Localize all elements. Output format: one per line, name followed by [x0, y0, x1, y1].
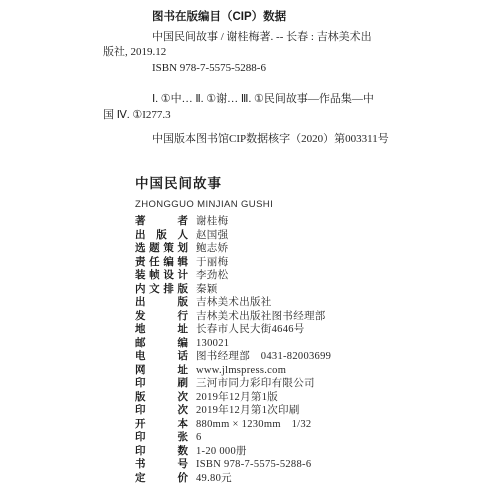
- colophon-label: 装帧设计: [135, 269, 188, 283]
- colophon-row-isbn: 书号 ISBN 978-7-5575-5288-6: [135, 458, 465, 472]
- cip-classification-line-2: 国 Ⅳ. ①I277.3: [103, 108, 433, 124]
- copyright-page: 图书在版编目（CIP）数据 中国民间故事 / 谢桂梅著. -- 长春 : 吉林美…: [0, 0, 500, 500]
- colophon-row-impression: 印次 2019年12月第1次印刷: [135, 404, 465, 418]
- colophon-row-address: 地址 长春市人民大街4646号: [135, 323, 465, 337]
- colophon-value: 谢桂梅: [196, 215, 228, 229]
- colophon-label: 开本: [135, 418, 188, 432]
- colophon-row-phone: 电话 图书经理部 0431-82003699: [135, 350, 465, 364]
- colophon-label: 内文排版: [135, 283, 188, 297]
- colophon-row-responsible-editor: 责任编辑 于丽梅: [135, 256, 465, 270]
- colophon-value: 880mm × 1230mm 1/32: [196, 418, 311, 432]
- colophon-label: 印刷: [135, 377, 188, 391]
- colophon-label: 责任编辑: [135, 256, 188, 270]
- colophon-value: www.jlmspress.com: [196, 364, 286, 378]
- colophon-label: 地址: [135, 323, 188, 337]
- book-title: 中国民间故事: [135, 172, 273, 192]
- colophon-label: 印数: [135, 445, 188, 459]
- colophon-row-publisher-person: 出版人 赵国强: [135, 229, 465, 243]
- colophon-list: 著者 谢桂梅 出版人 赵国强 选题策划 鲍志娇 责任编辑 于丽梅 装帧设计 李劲…: [135, 215, 465, 485]
- colophon-value: 130021: [196, 337, 229, 351]
- cip-block: 图书在版编目（CIP）数据 中国民间故事 / 谢桂梅著. -- 长春 : 吉林美…: [103, 10, 433, 148]
- colophon-row-postcode: 邮编 130021: [135, 337, 465, 351]
- cip-isbn-line: ISBN 978-7-5575-5288-6: [152, 61, 433, 77]
- colophon-label: 书号: [135, 458, 188, 472]
- colophon-label: 选题策划: [135, 242, 188, 256]
- colophon-value: 6: [196, 431, 202, 445]
- colophon-value: 图书经理部 0431-82003699: [196, 350, 331, 364]
- colophon-value: 鲍志娇: [196, 242, 228, 256]
- colophon-value: 2019年12月第1次印刷: [196, 404, 300, 418]
- colophon-label: 邮编: [135, 337, 188, 351]
- cip-header: 图书在版编目（CIP）数据: [152, 10, 433, 26]
- colophon-row-distribution: 发行 吉林美术出版社图书经理部: [135, 310, 465, 324]
- colophon-value: 赵国强: [196, 229, 228, 243]
- colophon-row-format: 开本 880mm × 1230mm 1/32: [135, 418, 465, 432]
- colophon-row-sheets: 印张 6: [135, 431, 465, 445]
- colophon-row-binding-design: 装帧设计 李劲松: [135, 269, 465, 283]
- colophon-row-author: 著者 谢桂梅: [135, 215, 465, 229]
- colophon-label: 印次: [135, 404, 188, 418]
- colophon-label: 发行: [135, 310, 188, 324]
- colophon-value: 李劲松: [196, 269, 228, 283]
- colophon-label: 出版: [135, 296, 188, 310]
- colophon-value: 长春市人民大街4646号: [196, 323, 305, 337]
- colophon-row-edition: 版次 2019年12月第1版: [135, 391, 465, 405]
- colophon-value: 秦颖: [196, 283, 218, 297]
- colophon-row-printing: 印刷 三河市同力彩印有限公司: [135, 377, 465, 391]
- colophon-row-topic-planning: 选题策划 鲍志娇: [135, 242, 465, 256]
- book-title-pinyin: ZHONGGUO MINJIAN GUSHI: [135, 199, 273, 210]
- colophon-row-publisher: 出版 吉林美术出版社: [135, 296, 465, 310]
- colophon-row-website: 网址 www.jlmspress.com: [135, 364, 465, 378]
- cip-classification-line-1: Ⅰ. ①中… Ⅱ. ①谢… Ⅲ. ①民间故事—作品集—中: [152, 92, 433, 108]
- colophon-value: ISBN 978-7-5575-5288-6: [196, 458, 311, 472]
- colophon-label: 版次: [135, 391, 188, 405]
- colophon-label: 印张: [135, 431, 188, 445]
- cip-catalog-number-line: 中国版本图书馆CIP数据核字（2020）第003311号: [152, 132, 433, 148]
- cip-bibliographic-line-1: 中国民间故事 / 谢桂梅著. -- 长春 : 吉林美术出: [152, 30, 433, 46]
- colophon-label: 网址: [135, 364, 188, 378]
- colophon-label: 著者: [135, 215, 188, 229]
- colophon-label: 定价: [135, 472, 188, 486]
- colophon-value: 2019年12月第1版: [196, 391, 278, 405]
- colophon-value: 于丽梅: [196, 256, 228, 270]
- colophon-value: 49.80元: [196, 472, 232, 486]
- colophon-label: 电话: [135, 350, 188, 364]
- colophon-value: 三河市同力彩印有限公司: [196, 377, 315, 391]
- colophon-row-typesetting: 内文排版 秦颖: [135, 283, 465, 297]
- colophon-value: 吉林美术出版社: [196, 296, 272, 310]
- colophon-row-price: 定价 49.80元: [135, 472, 465, 486]
- colophon-label: 出版人: [135, 229, 188, 243]
- colophon-value: 1-20 000册: [196, 445, 247, 459]
- colophon-value: 吉林美术出版社图书经理部: [196, 310, 326, 324]
- cip-bibliographic-line-2: 版社, 2019.12: [103, 45, 433, 61]
- title-block: 中国民间故事 ZHONGGUO MINJIAN GUSHI: [135, 172, 273, 210]
- colophon-row-print-run: 印数 1-20 000册: [135, 445, 465, 459]
